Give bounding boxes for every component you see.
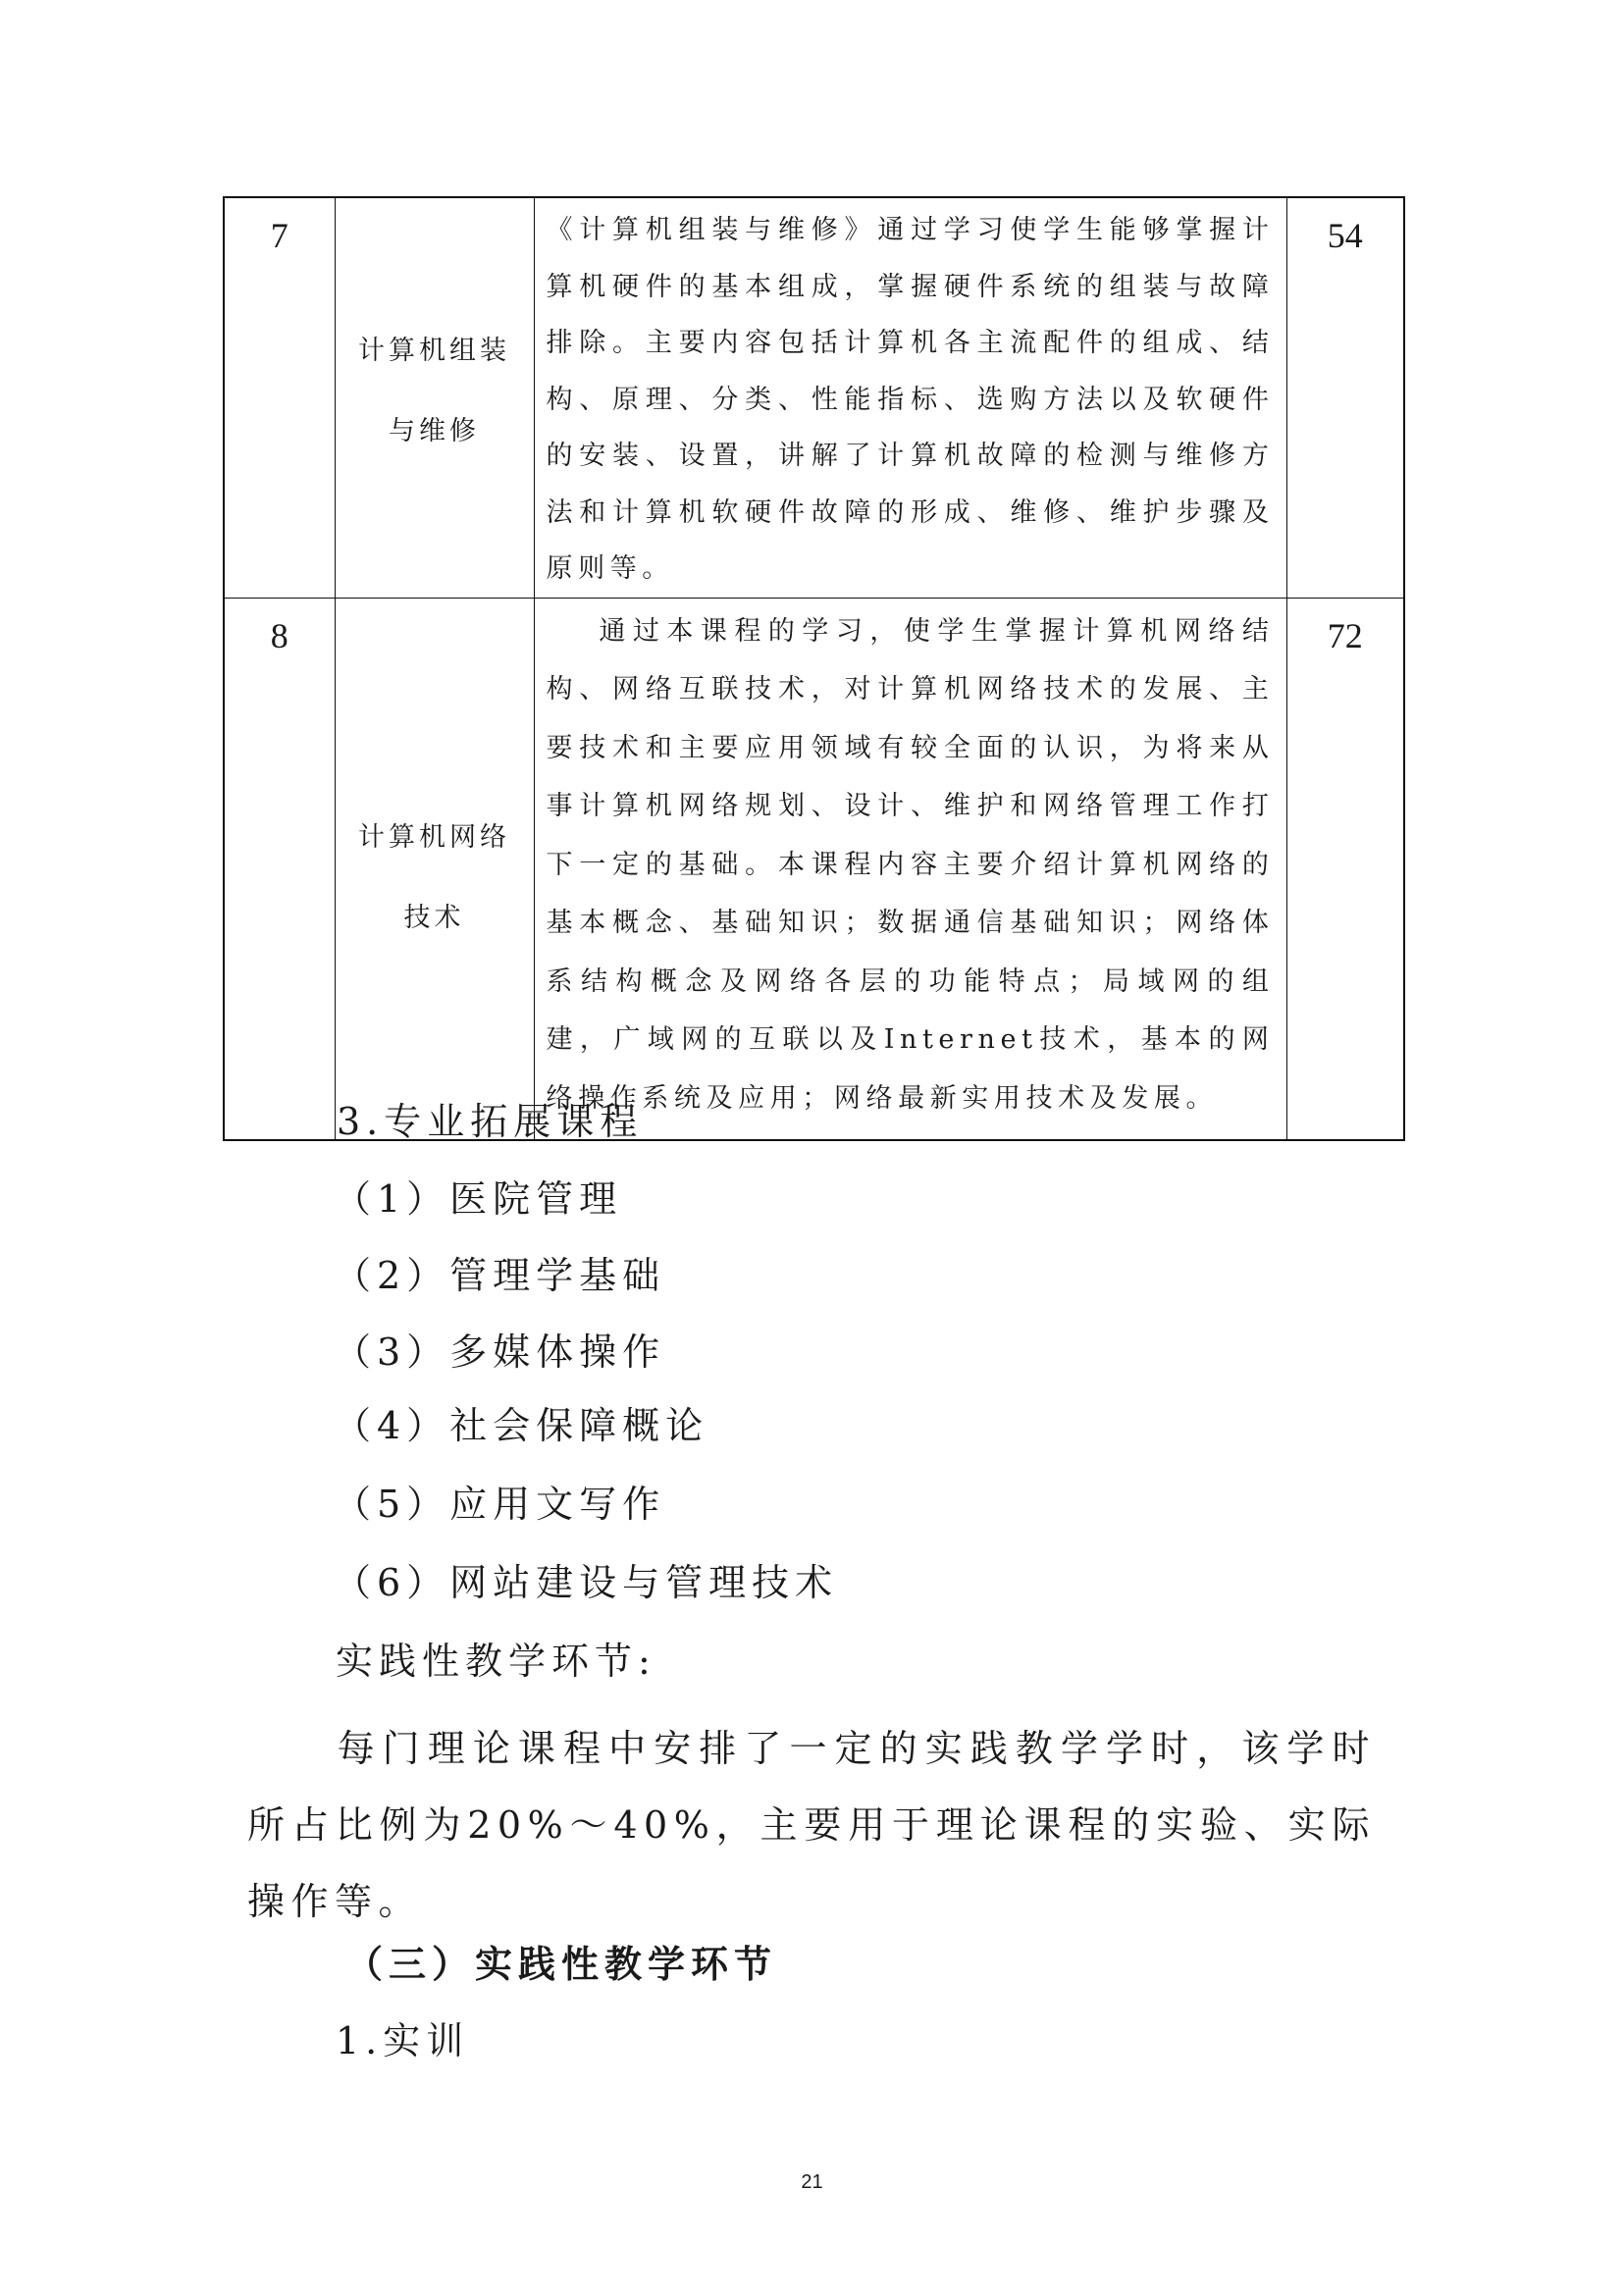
course-number: 8	[224, 598, 335, 1140]
course-name-line: 技术	[336, 878, 534, 959]
extension-courses-heading: 3.专业拓展课程	[337, 1100, 643, 1143]
course-description: 《计算机组装与维修》通过学习使学生能够掌握计算机硬件的基本组成，掌握硬件系统的组…	[535, 198, 1286, 598]
course-hours: 54	[1286, 197, 1404, 598]
course-hours: 72	[1286, 598, 1404, 1140]
course-description-text: 通过本课程的学习，使学生掌握计算机网络结构、网络互联技术，对计算机网络技术的发展…	[547, 616, 1275, 1114]
extension-course-item: （5）应用文写作	[334, 1483, 665, 1526]
course-description-cell: 《计算机组装与维修》通过学习使学生能够掌握计算机硬件的基本组成，掌握硬件系统的组…	[534, 197, 1286, 598]
course-name-line: 与维修	[336, 391, 534, 472]
section-heading: （三）实践性教学环节	[345, 1941, 777, 1988]
course-description: 通过本课程的学习，使学生掌握计算机网络结构、网络互联技术，对计算机网络技术的发展…	[535, 599, 1286, 1128]
practice-paragraph-text: 每门理论课程中安排了一定的实践教学学时，该学时所占比例为20%～40%，主要用于…	[247, 1727, 1376, 1923]
extension-course-item: （2）管理学基础	[334, 1254, 665, 1297]
extension-course-item: （4）社会保障概论	[334, 1404, 708, 1447]
course-name-line: 计算机网络	[336, 798, 534, 878]
course-table: 7 计算机组装 与维修 《计算机组装与维修》通过学习使学生能够掌握计算机硬件的基…	[223, 196, 1405, 1141]
course-description-cell: 通过本课程的学习，使学生掌握计算机网络结构、网络互联技术，对计算机网络技术的发展…	[534, 598, 1286, 1140]
course-name-cell: 计算机组装 与维修	[335, 197, 534, 598]
course-name-cell: 计算机网络 技术	[335, 598, 534, 1140]
practice-label: 实践性教学环节:	[336, 1640, 656, 1683]
table-row: 7 计算机组装 与维修 《计算机组装与维修》通过学习使学生能够掌握计算机硬件的基…	[224, 197, 1404, 598]
extension-course-item: （1）医院管理	[334, 1177, 622, 1221]
course-name-line: 计算机组装	[336, 311, 534, 391]
extension-course-item: （3）多媒体操作	[334, 1330, 665, 1374]
document-page: 7 计算机组装 与维修 《计算机组装与维修》通过学习使学生能够掌握计算机硬件的基…	[0, 0, 1624, 2295]
sub-item-training: 1.实训	[336, 2019, 469, 2062]
practice-paragraph: 每门理论课程中安排了一定的实践教学学时，该学时所占比例为20%～40%，主要用于…	[247, 1710, 1376, 1940]
course-number: 7	[224, 197, 335, 598]
extension-course-item: （6）网站建设与管理技术	[334, 1561, 838, 1604]
table-row: 8 计算机网络 技术 通过本课程的学习，使学生掌握计算机网络结构、网络互联技术，…	[224, 598, 1404, 1140]
page-number: 21	[0, 2170, 1624, 2194]
